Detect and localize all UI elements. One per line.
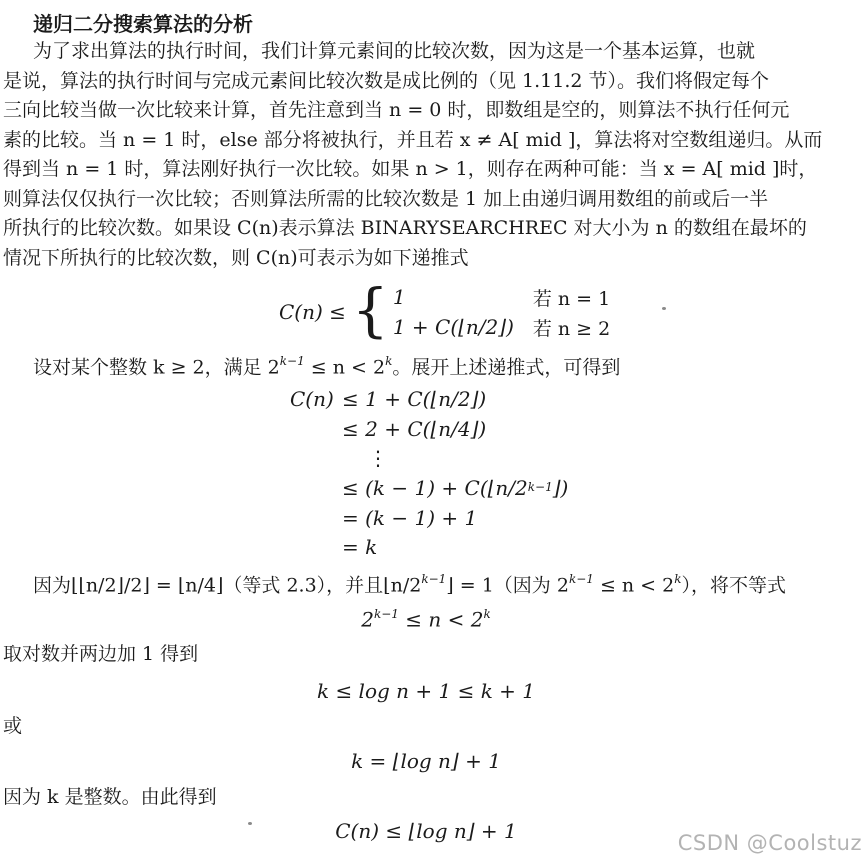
text-line: 素的比较。当 n = 1 时，else 部分将被执行，并且若 x ≠ A[ mi…: [3, 126, 861, 156]
paragraph-or: 或: [3, 713, 861, 739]
piecewise-cases: 1 若 n = 1 1 + C(⌊n/2⌋) 若 n ≥ 2: [393, 282, 610, 342]
scanned-textbook-page: 递归二分搜索算法的分析 为了求出算法的执行时间，我们计算元素间的比较次数，因为这…: [0, 0, 864, 862]
paragraph-take-log: 取对数并两边加 1 得到: [3, 641, 861, 667]
text-line: 三向比较当做一次比较来计算，首先注意到当 n = 0 时，即数组是空的，则算法不…: [3, 96, 861, 126]
case-condition: 若 n ≥ 2: [533, 314, 610, 341]
case-row: 1 + C(⌊n/2⌋) 若 n ≥ 2: [393, 312, 610, 342]
derivation-block: C(n)≤ 1 + C(⌊n/2⌋) ≤ 2 + C(⌊n/4⌋) ⋮ ≤ (k…: [290, 384, 568, 562]
text-segment: ≤ n < 2: [305, 356, 385, 378]
derivation-expression: = (k − 1) + 1: [342, 506, 477, 530]
scan-speck: [662, 307, 666, 310]
text-line: 为了求出算法的执行时间，我们计算元素间的比较次数，因为这是一个基本运算，也就: [3, 37, 861, 67]
formula-segment: 2: [361, 608, 374, 632]
paragraph-k-integer: 因为 k 是整数。由此得到: [3, 784, 861, 810]
derivation-vdots-row: ⋮: [290, 443, 568, 473]
text-segment: 。展开上述递推式，可得到: [392, 356, 620, 378]
derivation-row: = k: [290, 532, 568, 562]
formula-lhs: C(n) ≤: [279, 300, 346, 324]
derivation-expression-tail: ⌋): [553, 476, 569, 500]
superscript: k: [674, 572, 681, 586]
superscript: k−1: [421, 572, 446, 586]
paragraph-analysis-intro: 为了求出算法的执行时间，我们计算元素间的比较次数，因为这是一个基本运算，也就 是…: [3, 37, 861, 273]
csdn-watermark: CSDN @Coolstuz: [678, 831, 862, 855]
derivation-expression: = k: [342, 535, 377, 559]
log-inequality-formula: k ≤ log n + 1 ≤ k + 1: [0, 678, 852, 704]
curly-brace: {: [352, 281, 389, 339]
text-segment: 设对某个整数 k ≥ 2，满足 2: [33, 356, 280, 378]
superscript: k−1: [569, 572, 594, 586]
paragraph-because-identity: 因为⌊⌊n/2⌋/2⌋ = ⌊n/4⌋（等式 2.3），并且⌊n/2k−1⌋ =…: [3, 567, 861, 598]
text-segment: 因为⌊⌊n/2⌋/2⌋ = ⌊n/4⌋（等式 2.3），并且⌊n/2: [33, 574, 421, 596]
superscript: k: [385, 354, 392, 368]
derivation-expression: ≤ 1 + C(⌊n/2⌋): [342, 387, 486, 411]
text-segment: ≤ n < 2: [594, 574, 674, 596]
inequality-formula: 2k−1 ≤ n < 2k: [0, 602, 852, 633]
recurrence-piecewise-formula: C(n) ≤ { 1 若 n = 1 1 + C(⌊n/2⌋) 若 n ≥ 2: [279, 281, 610, 343]
k-equals-formula: k = ⌊log n⌋ + 1: [0, 748, 852, 774]
derivation-row: C(n)≤ 1 + C(⌊n/2⌋): [290, 384, 568, 414]
superscript: k: [483, 607, 490, 621]
case-expression: 1 + C(⌊n/2⌋): [393, 315, 533, 339]
case-condition: 若 n = 1: [533, 284, 610, 311]
derivation-expression: ≤ (k − 1) + C(⌊n/2: [342, 476, 528, 500]
superscript: k−1: [528, 480, 553, 494]
text-line: 所执行的比较次数。如果设 C(n)表示算法 BINARYSEARCHREC 对大…: [3, 214, 861, 244]
scan-speck: [248, 822, 252, 825]
text-line: 情况下所执行的比较次数，则 C(n)可表示为如下递推式: [3, 244, 861, 274]
derivation-expression: ≤ 2 + C(⌊n/4⌋): [342, 417, 486, 441]
formula-segment: ≤ n < 2: [399, 608, 484, 632]
vertical-ellipsis: ⋮: [342, 446, 388, 470]
text-line: 得到当 n = 1 时，算法刚好执行一次比较。如果 n > 1，则存在两种可能：…: [3, 155, 861, 185]
text-segment: ⌋ = 1（因为 2: [446, 574, 569, 596]
text-line: 是说，算法的执行时间与完成元素间比较次数是成比例的（见 1.11.2 节）。我们…: [3, 67, 861, 97]
derivation-row: ≤ (k − 1) + C(⌊n/2k−1⌋): [290, 473, 568, 503]
case-expression: 1: [393, 285, 533, 309]
text-line: 则算法仅仅执行一次比较；否则算法所需的比较次数是 1 加上由递归调用数组的前或后…: [3, 185, 861, 215]
paragraph-expand-recurrence: 设对某个整数 k ≥ 2，满足 2k−1 ≤ n < 2k。展开上述递推式，可得…: [3, 349, 861, 380]
case-row: 1 若 n = 1: [393, 282, 610, 312]
superscript: k−1: [374, 607, 399, 621]
superscript: k−1: [280, 354, 305, 368]
section-heading: 递归二分搜索算法的分析: [33, 8, 253, 37]
derivation-row: ≤ 2 + C(⌊n/4⌋): [290, 414, 568, 444]
derivation-row: = (k − 1) + 1: [290, 503, 568, 533]
derivation-lhs: C(n): [290, 387, 342, 411]
text-segment: ），将不等式: [682, 574, 787, 596]
